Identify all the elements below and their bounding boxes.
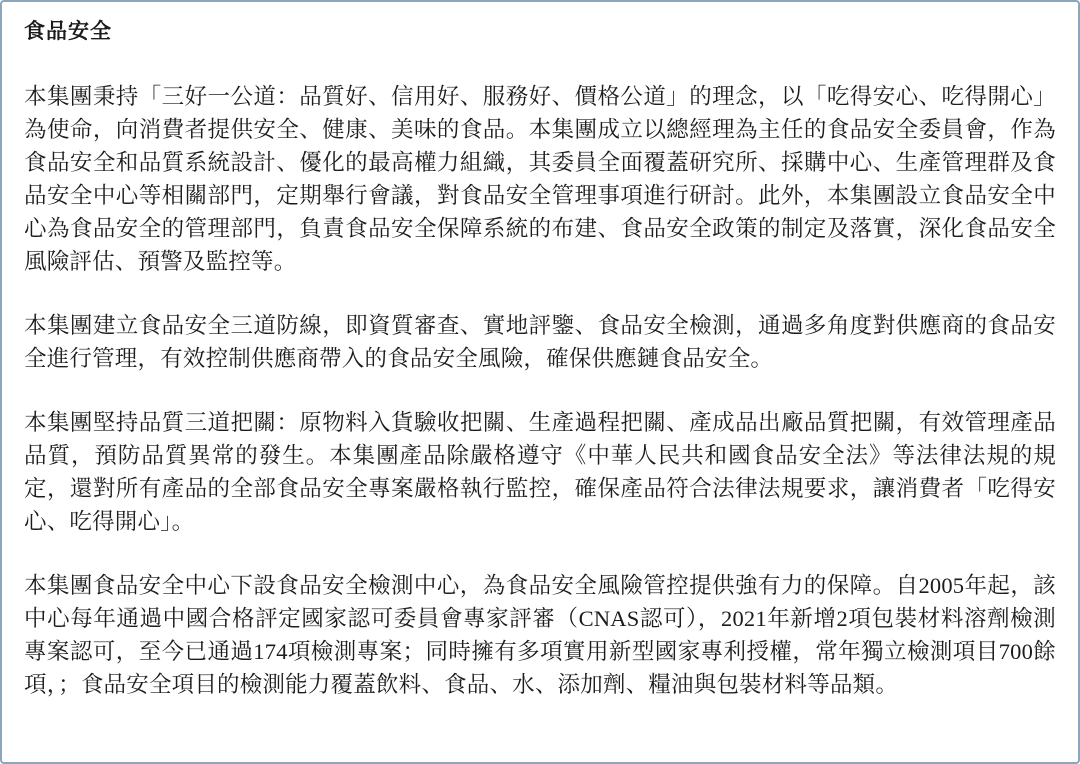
paragraph-testing-center: 本集團食品安全中心下設食品安全檢測中心，為食品安全風險管控提供強有力的保障。自2…: [24, 569, 1056, 701]
paragraph-three-defense-lines: 本集團建立食品安全三道防線，即資質審查、實地評鑒、食品安全檢測，通過多角度對供應…: [24, 309, 1056, 375]
paragraph-quality-checkpoints: 本集團堅持品質三道把關：原物料入貨驗收把關、生產過程把關、產成品出廠品質把關，有…: [24, 406, 1056, 538]
section-title: 食品安全: [24, 20, 1056, 44]
paragraph-food-safety-committee: 本集團秉持「三好一公道：品質好、信用好、服務好、價格公道」的理念，以「吃得安心、…: [24, 80, 1056, 278]
document-panel: 食品安全 本集團秉持「三好一公道：品質好、信用好、服務好、價格公道」的理念，以「…: [0, 0, 1080, 764]
